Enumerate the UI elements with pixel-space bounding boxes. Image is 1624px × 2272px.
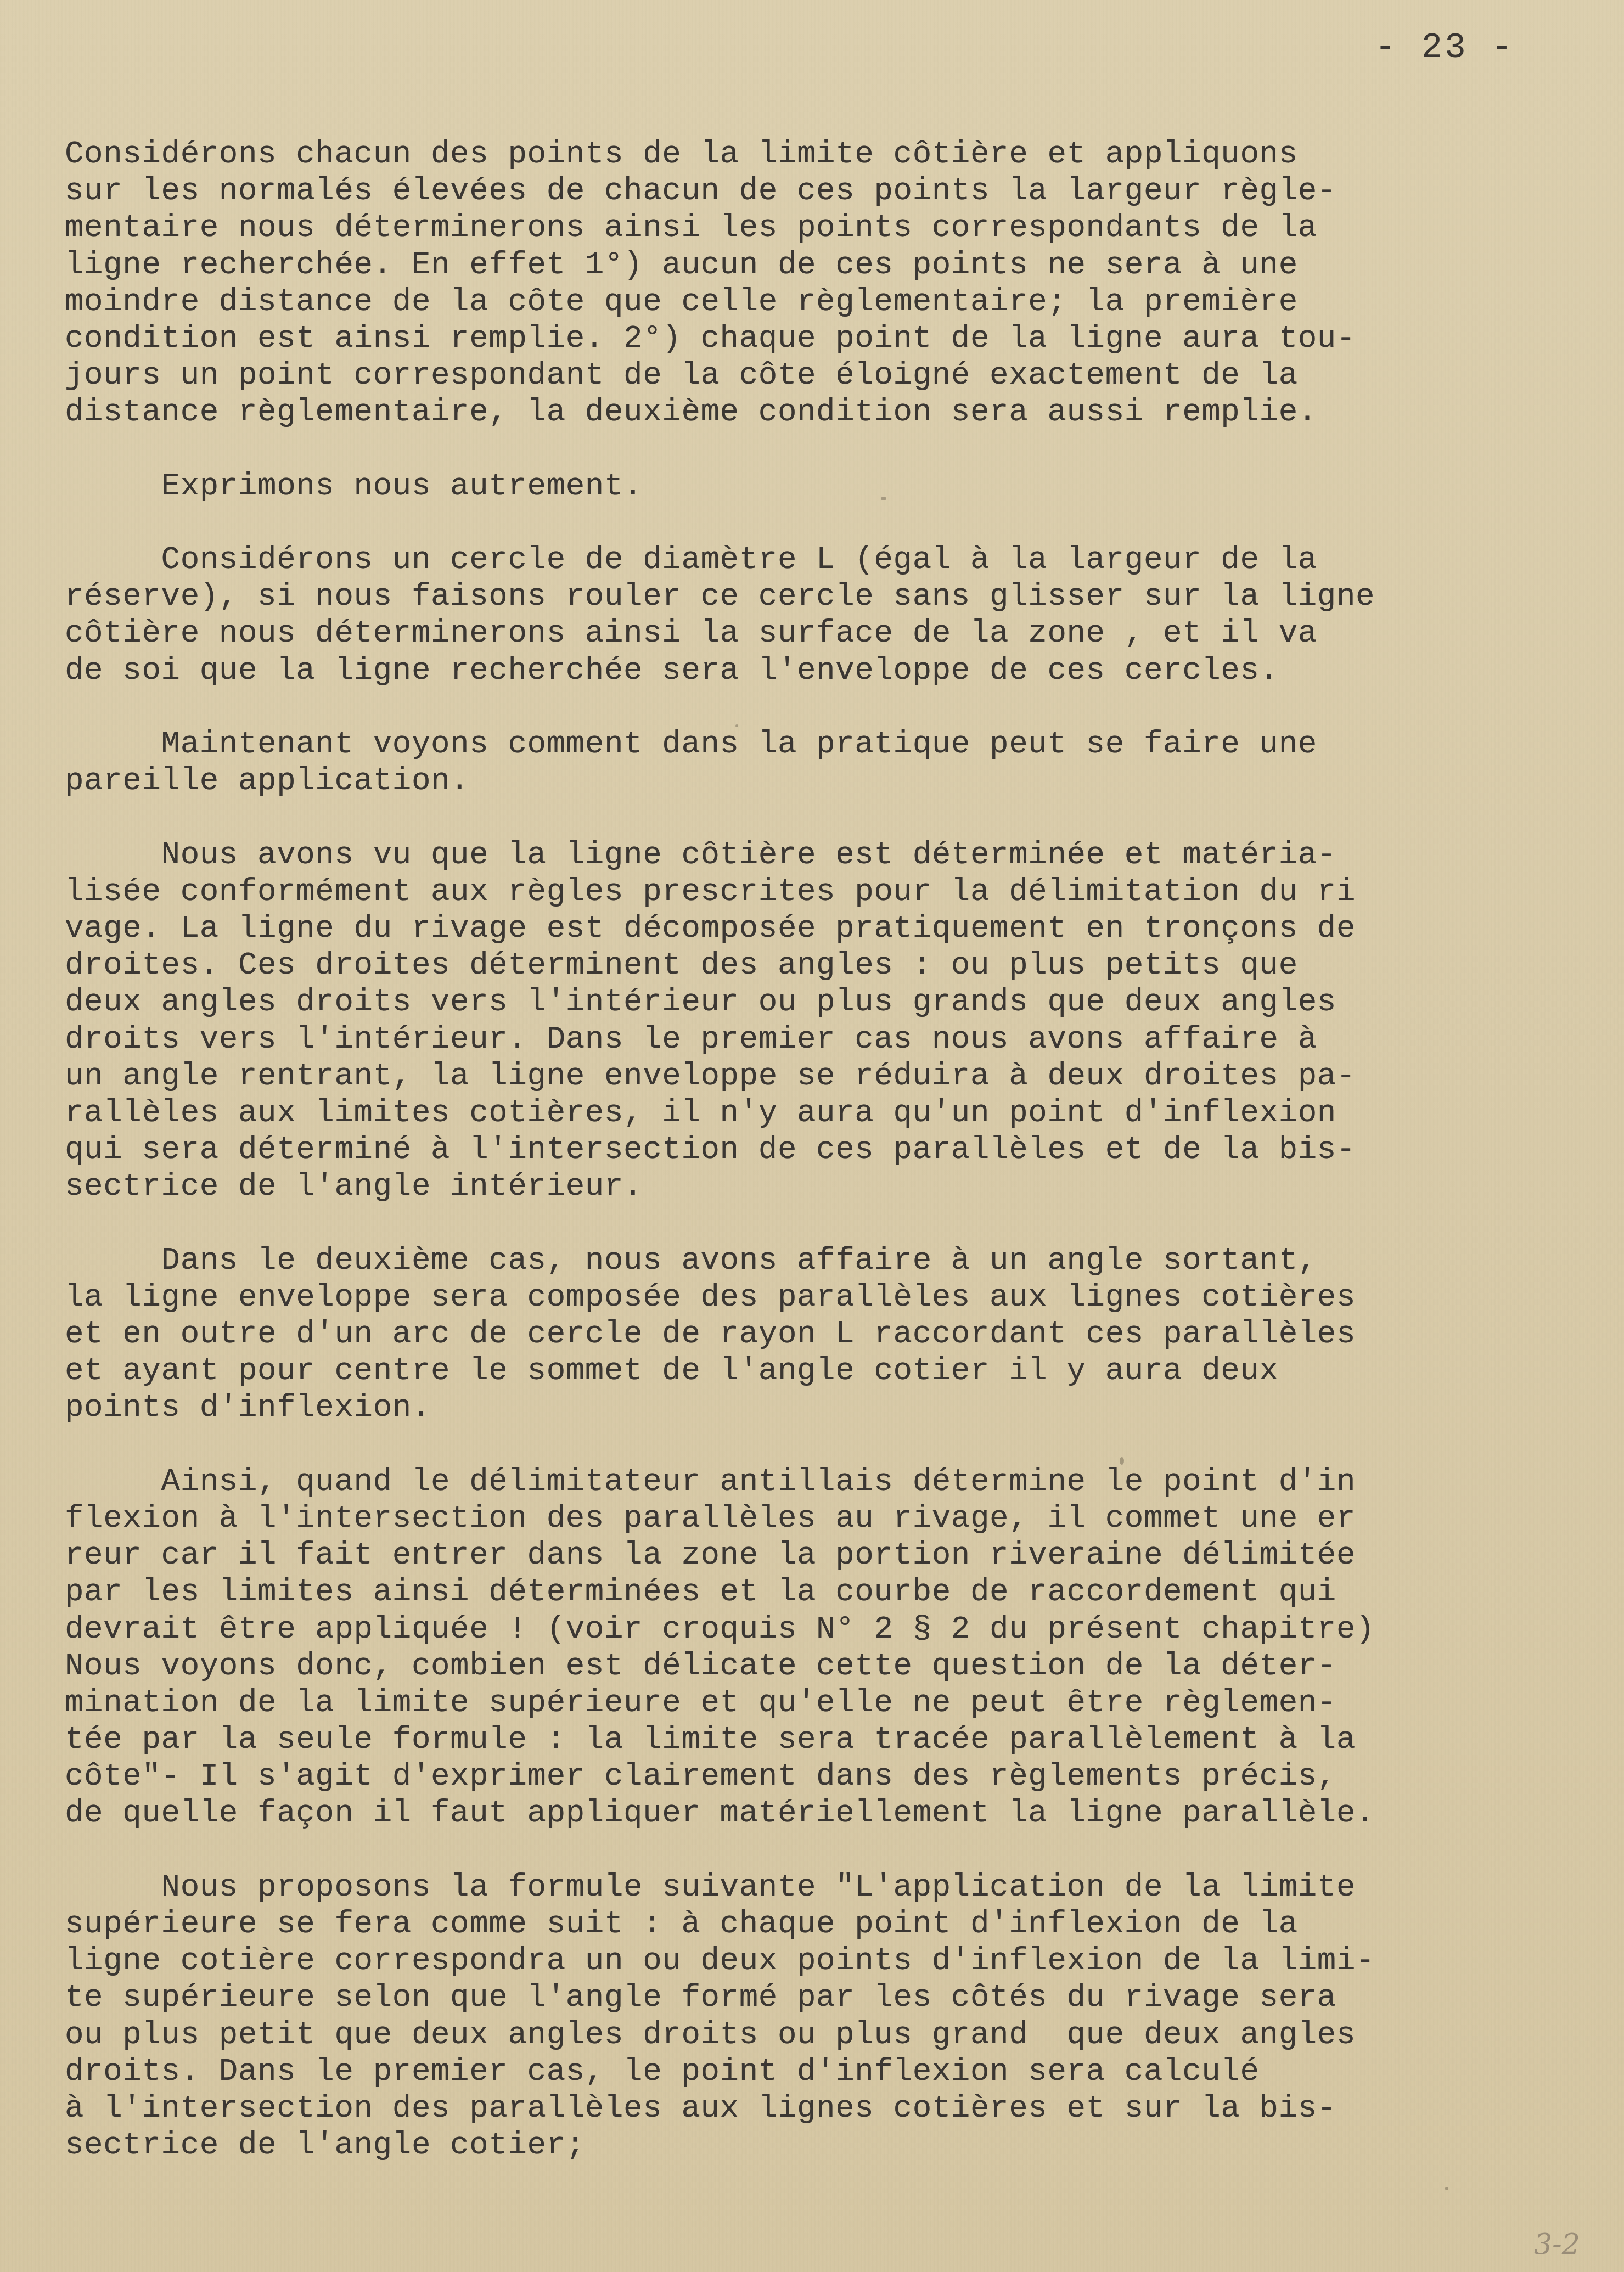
text-line: te supérieure selon que l'angle formé pa… <box>65 1979 1547 2016</box>
text-line: Nous proposons la formule suivante "L'ap… <box>65 1869 1547 1906</box>
text-line: droits. Dans le premier cas, le point d'… <box>65 2054 1547 2090</box>
text-line: condition est ainsi remplie. 2°) chaque … <box>65 320 1547 357</box>
paragraph-6: Dans le deuxième cas, nous avons affaire… <box>65 1242 1547 1427</box>
paragraph-gap <box>65 689 1547 726</box>
text-line: Maintenant voyons comment dans la pratiq… <box>65 726 1547 763</box>
paragraph-3: Considérons un cercle de diamètre L (éga… <box>65 542 1547 689</box>
text-line: de quelle façon il faut appliquer matéri… <box>65 1795 1547 1832</box>
paragraph-4: Maintenant voyons comment dans la pratiq… <box>65 726 1547 800</box>
text-line: tée par la seule formule : la limite ser… <box>65 1722 1547 1758</box>
text-line: devrait être appliquée ! (voir croquis N… <box>65 1611 1547 1648</box>
text-line: de soi que la ligne recherchée sera l'en… <box>65 653 1547 689</box>
text-line: supérieure se fera comme suit : à chaque… <box>65 1906 1547 1943</box>
paragraph-gap <box>65 1205 1547 1242</box>
paragraph-7: Ainsi, quand le délimitateur antillais d… <box>65 1464 1547 1832</box>
text-line: mentaire nous déterminerons ainsi les po… <box>65 210 1547 246</box>
text-line: côte"- Il s'agit d'exprimer clairement d… <box>65 1758 1547 1795</box>
text-line: mination de la limite supérieure et qu'e… <box>65 1685 1547 1722</box>
text-line: moindre distance de la côte que celle rè… <box>65 284 1547 320</box>
text-line: qui sera déterminé à l'intersection de c… <box>65 1132 1547 1168</box>
text-line: Nous avons vu que la ligne côtière est d… <box>65 837 1547 874</box>
text-line: reur car il fait entrer dans la zone la … <box>65 1537 1547 1574</box>
paragraph-5: Nous avons vu que la ligne côtière est d… <box>65 837 1547 1206</box>
text-line: droits vers l'intérieur. Dans le premier… <box>65 1021 1547 1058</box>
text-line: à l'intersection des parallèles aux lign… <box>65 2090 1547 2127</box>
text-line: lisée conformément aux règles prescrites… <box>65 874 1547 910</box>
text-line: sectrice de l'angle intérieur. <box>65 1168 1547 1205</box>
text-line: et en outre d'un arc de cercle de rayon … <box>65 1316 1547 1353</box>
text-line: droites. Ces droites déterminent des ang… <box>65 947 1547 984</box>
paragraph-gap <box>65 1427 1547 1464</box>
text-line: distance règlementaire, la deuxième cond… <box>65 394 1547 431</box>
paper-fleck <box>881 497 886 500</box>
paragraph-1: Considérons chacun des points de la limi… <box>65 136 1547 431</box>
text-line: côtière nous déterminerons ainsi la surf… <box>65 615 1547 652</box>
text-line: Exprimons nous autrement. <box>65 468 1547 505</box>
text-line: ou plus petit que deux angles droits ou … <box>65 2017 1547 2054</box>
text-line: flexion à l'intersection des parallèles … <box>65 1500 1547 1537</box>
text-line: deux angles droits vers l'intérieur ou p… <box>65 984 1547 1021</box>
text-line: la ligne enveloppe sera composée des par… <box>65 1279 1547 1316</box>
paragraph-gap <box>65 800 1547 836</box>
text-line: Nous voyons donc, combien est délicate c… <box>65 1648 1547 1685</box>
text-line: vage. La ligne du rivage est décomposée … <box>65 910 1547 947</box>
text-line: Ainsi, quand le délimitateur antillais d… <box>65 1464 1547 1500</box>
handwritten-archive-mark: 3-2 <box>1534 2228 1580 2261</box>
text-line: réserve), si nous faisons rouler ce cerc… <box>65 578 1547 615</box>
paragraph-2: Exprimons nous autrement. <box>65 468 1547 505</box>
paper-fleck <box>1445 2187 1448 2190</box>
page-number: - 23 - <box>1375 29 1514 68</box>
paper-fleck <box>735 724 738 727</box>
paper-fleck <box>1120 1457 1124 1465</box>
text-line: un angle rentrant, la ligne enveloppe se… <box>65 1058 1547 1095</box>
paragraph-gap <box>65 1832 1547 1869</box>
text-line: Dans le deuxième cas, nous avons affaire… <box>65 1242 1547 1279</box>
text-line: rallèles aux limites cotières, il n'y au… <box>65 1095 1547 1132</box>
paragraph-gap <box>65 505 1547 542</box>
text-line: ligne cotière correspondra un ou deux po… <box>65 1943 1547 1979</box>
text-line: Considérons chacun des points de la limi… <box>65 136 1547 173</box>
text-line: Considérons un cercle de diamètre L (éga… <box>65 542 1547 578</box>
paragraph-8: Nous proposons la formule suivante "L'ap… <box>65 1869 1547 2164</box>
text-line: jours un point correspondant de la côte … <box>65 357 1547 394</box>
text-line: par les limites ainsi déterminées et la … <box>65 1574 1547 1611</box>
document-body: Considérons chacun des points de la limi… <box>65 136 1547 2164</box>
text-line: et ayant pour centre le sommet de l'angl… <box>65 1353 1547 1390</box>
text-line: sur les normalés élevées de chacun de ce… <box>65 173 1547 210</box>
text-line: ligne recherchée. En effet 1°) aucun de … <box>65 247 1547 284</box>
text-line: pareille application. <box>65 763 1547 800</box>
text-line: points d'inflexion. <box>65 1390 1547 1426</box>
text-line: sectrice de l'angle cotier; <box>65 2127 1547 2164</box>
paragraph-gap <box>65 431 1547 468</box>
